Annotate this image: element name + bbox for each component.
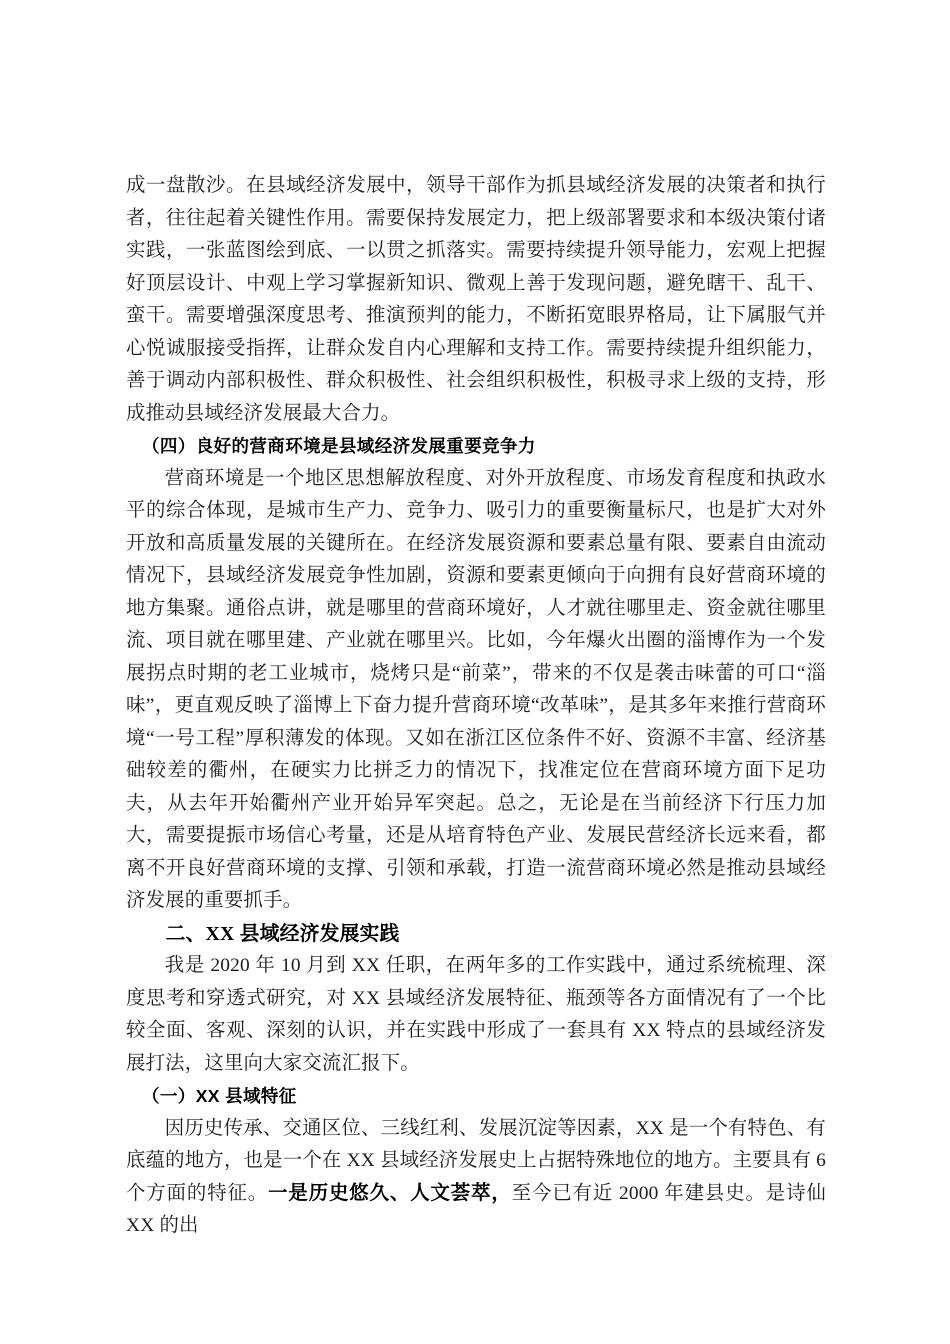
paragraph-county-characteristics: 因历史传承、交通区位、三线红利、发展沉淀等因素，XX 是一个有特色、有底蕴的地方… (126, 1113, 826, 1243)
document-page: 成一盘散沙。在县域经济发展中，领导干部作为抓县域经济发展的决策者和执行者，往往起… (0, 0, 950, 1344)
section-heading-county-characteristics: （一）XX 县域特征 (126, 1080, 826, 1113)
chapter-heading-practice: 二、XX 县域经济发展实践 (126, 918, 826, 951)
paragraph-tenure-summary: 我是 2020 年 10 月到 XX 任职，在两年多的工作实践中，通过系统梳理、… (126, 950, 826, 1080)
paragraph-leadership-continuation: 成一盘散沙。在县域经济发展中，领导干部作为抓县域经济发展的决策者和执行者，往往起… (126, 170, 826, 430)
section-heading-business-environment: （四）良好的营商环境是县域经济发展重要竞争力 (126, 430, 826, 463)
paragraph-business-environment: 营商环境是一个地区思想解放程度、对外开放程度、市场发育程度和执政水平的综合体现，… (126, 463, 826, 918)
text-run-bold-history: 一是历史悠久、人文荟萃， (268, 1183, 512, 1204)
document-content: 成一盘散沙。在县域经济发展中，领导干部作为抓县域经济发展的决策者和执行者，往往起… (126, 170, 826, 1243)
